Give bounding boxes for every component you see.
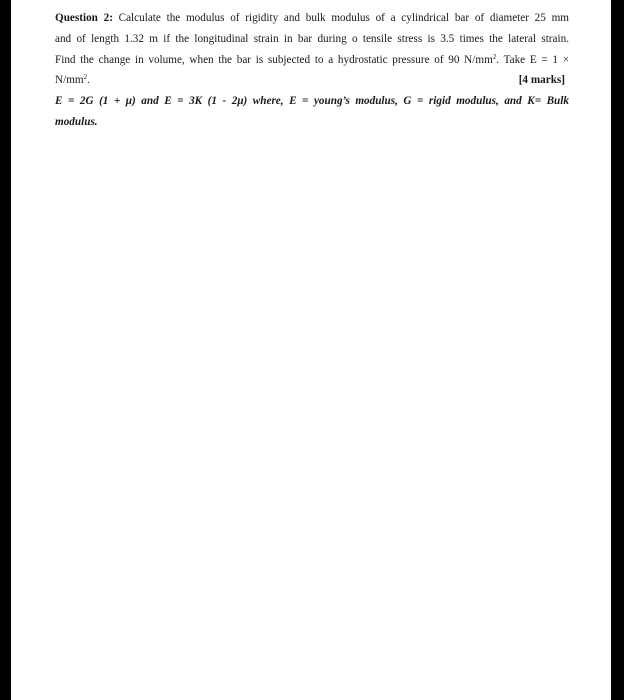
formula-line-2: modulus. xyxy=(55,112,569,133)
question-label: Question 2: xyxy=(55,12,113,24)
question-line-2: and of length 1.32 m if the longitudinal… xyxy=(55,29,569,50)
formula-line-1: E = 2G (1 + μ) and E = 3K (1 - 2μ) where… xyxy=(55,91,569,112)
document-page: Question 2: Calculate the modulus of rig… xyxy=(11,0,611,700)
question-line-1: Question 2: Calculate the modulus of rig… xyxy=(55,8,569,29)
unit-text: N/mm2. xyxy=(55,70,90,91)
question-block: Question 2: Calculate the modulus of rig… xyxy=(55,8,569,133)
marks-label: [4 marks] xyxy=(519,70,565,91)
question-line-3: Find the change in volume, when the bar … xyxy=(55,50,569,71)
question-line-4: N/mm2. [4 marks] xyxy=(55,70,569,91)
